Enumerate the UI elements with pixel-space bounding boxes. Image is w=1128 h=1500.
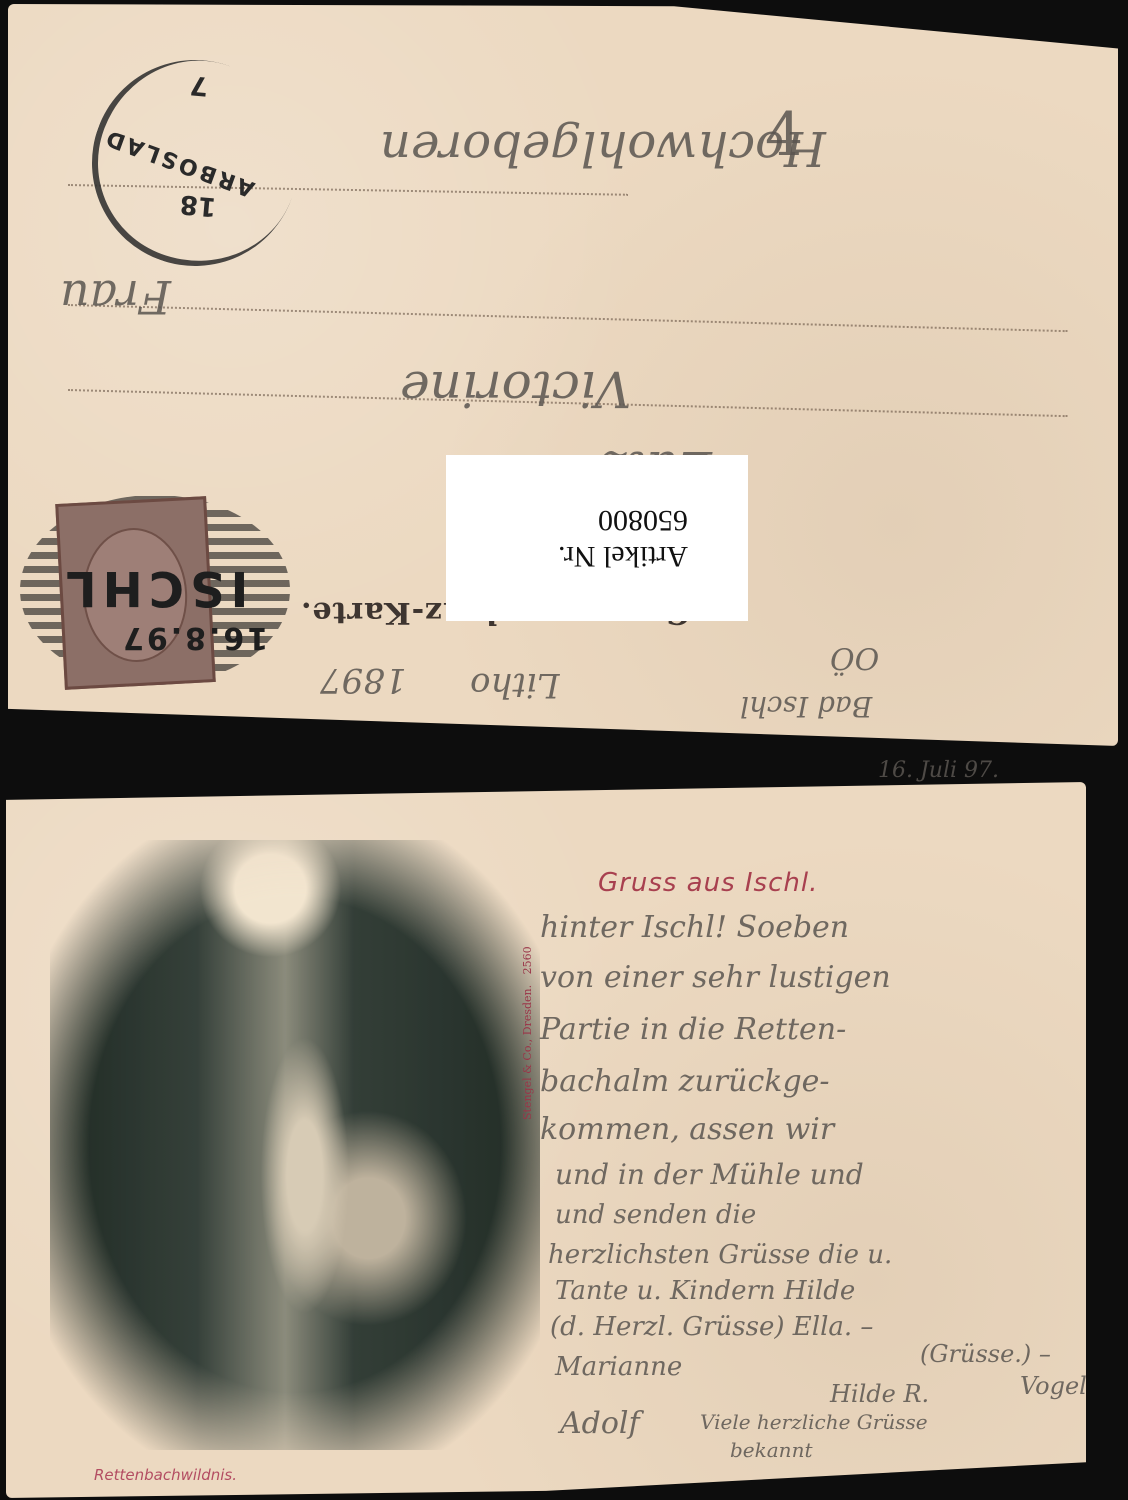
address-line-2: Frau bbox=[60, 270, 171, 324]
message-line-10: (d. Herzl. Grüsse) Ella. – bbox=[550, 1312, 873, 1342]
vignette-photo-rettenbach-gorge bbox=[50, 840, 540, 1450]
postmark-date: 18 bbox=[179, 188, 218, 221]
pencil-note-place: Bad Ischl bbox=[740, 690, 872, 723]
message-line-5: kommen, assen wir bbox=[540, 1112, 834, 1147]
message-line-8: herzlichsten Grüsse die u. bbox=[548, 1240, 892, 1270]
message-line-11: (Grüsse.) – bbox=[920, 1340, 1051, 1368]
signature-vogel: Vogel bbox=[1020, 1372, 1087, 1400]
address-line bbox=[68, 304, 1068, 332]
address-line-3: Victorine bbox=[400, 360, 631, 418]
message-line-7: und senden die bbox=[555, 1200, 756, 1230]
series-number: 2560 bbox=[521, 946, 534, 974]
message-line-1: hinter Ischl! Soeben bbox=[540, 910, 849, 945]
pencil-note-region: OÖ bbox=[830, 640, 879, 675]
article-label-text: Artikel Nr. bbox=[446, 538, 688, 574]
pencil-note-year: 1897 bbox=[320, 660, 407, 700]
postmark-line: 7 bbox=[189, 69, 210, 100]
address-line-1: Hochwohlgeboren bbox=[380, 120, 826, 176]
date-note: 16. Juli 97. bbox=[878, 758, 999, 783]
greeting-title: Gruss aus Ischl. bbox=[598, 868, 818, 898]
footer-line-1: Viele herzliche Grüsse bbox=[700, 1410, 928, 1434]
signature-adolf: Adolf bbox=[560, 1406, 640, 1441]
publisher-name: Stengel & Co., Dresden. bbox=[521, 985, 534, 1120]
cancel-town: ISCHL bbox=[60, 560, 248, 616]
photo-caption: Rettenbachwildnis. bbox=[94, 1466, 237, 1484]
corner-pencil-mark: 4 bbox=[765, 100, 803, 170]
signature-marianne: Marianne bbox=[555, 1352, 682, 1382]
message-line-4: bachalm zurückge- bbox=[540, 1064, 830, 1099]
signature-hilde: Hilde R. bbox=[830, 1380, 929, 1408]
cancel-date: 16.8.97 bbox=[120, 620, 268, 655]
pencil-note-technique: Litho bbox=[470, 665, 559, 705]
message-line-6: und in der Mühle und bbox=[555, 1158, 864, 1191]
article-number: 650800 bbox=[446, 502, 688, 538]
message-line-3: Partie in die Retten- bbox=[540, 1012, 846, 1047]
message-line-9: Tante u. Kindern Hilde bbox=[555, 1276, 855, 1306]
message-line-2: von einer sehr lustigen bbox=[540, 960, 891, 995]
article-number-label: Artikel Nr. 650800 bbox=[446, 455, 748, 621]
publisher-imprint: Stengel & Co., Dresden. 2560 bbox=[521, 946, 534, 1120]
footer-line-2: bekannt bbox=[730, 1438, 812, 1462]
